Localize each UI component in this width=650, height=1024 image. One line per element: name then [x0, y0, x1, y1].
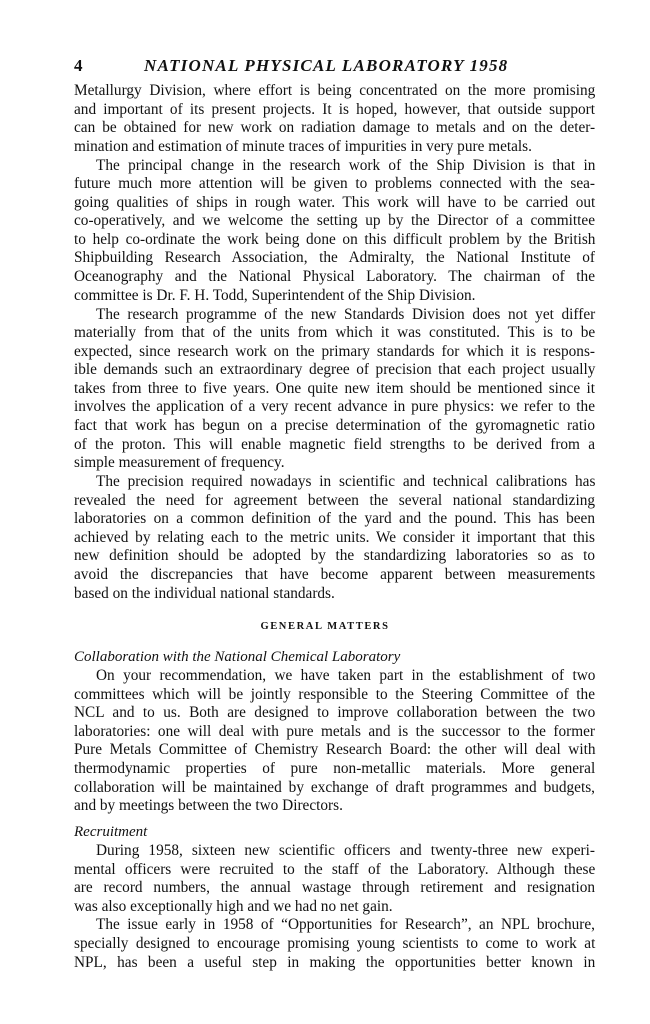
text-line: achieved by relating each to the metric … — [74, 529, 595, 548]
text-line: to help co-ordinate the work being done … — [74, 231, 595, 250]
text-line: committee is Dr. F. H. Todd, Superintend… — [74, 287, 595, 306]
section-heading-general-matters: GENERAL MATTERS — [0, 621, 650, 632]
text-line: revealed the need for agreement between … — [74, 492, 595, 511]
subheading-collaboration: Collaboration with the National Chemical… — [74, 648, 595, 667]
text-line: Pure Metals Committee of Chemistry Resea… — [74, 741, 595, 760]
text-line: committees which will be jointly respons… — [74, 686, 595, 705]
text-line: are record numbers, the annual wastage t… — [74, 879, 595, 898]
paragraph-metallurgy: Metallurgy Division, where effort is bei… — [74, 82, 595, 156]
running-header: 4 NATIONAL PHYSICAL LABORATORY 1958 — [74, 56, 594, 80]
text-line: NCL and to us. Both are designed to impr… — [74, 704, 595, 723]
text-line: The research programme of the new Standa… — [74, 306, 595, 325]
text-line: involves the application of a very recen… — [74, 398, 595, 417]
running-title: NATIONAL PHYSICAL LABORATORY 1958 — [144, 56, 508, 76]
section-collaboration: Collaboration with the National Chemical… — [74, 648, 595, 816]
text-line: Oceanography and the National Physical L… — [74, 268, 595, 287]
text-line: NPL, has been a useful step in making th… — [74, 954, 595, 973]
text-line: On your recommendation, we have taken pa… — [74, 667, 595, 686]
text-line: new definition should be adopted by the … — [74, 547, 595, 566]
text-line: mental officers were recruited to the st… — [74, 861, 595, 880]
text-line: Metallurgy Division, where effort is bei… — [74, 82, 595, 101]
text-line: going qualities of ships in rough water.… — [74, 194, 595, 213]
text-line: of the proton. This will enable magnetic… — [74, 436, 595, 455]
document-page: 4 NATIONAL PHYSICAL LABORATORY 1958 Meta… — [0, 0, 650, 1024]
text-line: During 1958, sixteen new scientific offi… — [74, 842, 595, 861]
text-line: can be obtained for new work on radiatio… — [74, 119, 595, 138]
text-line: avoid the discrepancies that have become… — [74, 566, 595, 585]
text-line: based on the individual national standar… — [74, 585, 595, 604]
text-line: Shipbuilding Research Association, the A… — [74, 249, 595, 268]
text-line: specially designed to encourage promisin… — [74, 935, 595, 954]
text-line: collaboration will be maintained by exch… — [74, 779, 595, 798]
subheading-recruitment: Recruitment — [74, 823, 595, 842]
text-line: ible demands such an extraordinary degre… — [74, 361, 595, 380]
text-line: was also exceptionally high and we had n… — [74, 898, 595, 917]
text-line: fact that work has begun on a precise de… — [74, 417, 595, 436]
section-recruitment: Recruitment During 1958, sixteen new sci… — [74, 823, 595, 972]
text-line: The principal change in the research wor… — [74, 157, 595, 176]
text-line: co-operatively, and we welcome the setti… — [74, 212, 595, 231]
text-line: The issue early in 1958 of “Opportunitie… — [74, 916, 595, 935]
text-line: mination and estimation of minute traces… — [74, 138, 595, 157]
paragraph-ship-division: The principal change in the research wor… — [74, 157, 595, 306]
text-line: simple measurement of frequency. — [74, 454, 595, 473]
paragraph-standards-division: The research programme of the new Standa… — [74, 306, 595, 473]
text-line: laboratories on a common definition of t… — [74, 510, 595, 529]
text-line: The precision required nowadays in scien… — [74, 473, 595, 492]
text-line: thermodynamic properties of pure non-met… — [74, 760, 595, 779]
text-line: and by meetings between the two Director… — [74, 797, 595, 816]
text-line: and important of its present projects. I… — [74, 101, 595, 120]
paragraph-calibrations: The precision required nowadays in scien… — [74, 473, 595, 603]
text-line: future much more attention will be given… — [74, 175, 595, 194]
text-line: takes from three to five years. One quit… — [74, 380, 595, 399]
text-line: materially from that of the units from w… — [74, 324, 595, 343]
page-number: 4 — [74, 56, 83, 76]
text-line: expected, since research work on the pri… — [74, 343, 595, 362]
text-line: laboratories: one will deal with pure me… — [74, 723, 595, 742]
